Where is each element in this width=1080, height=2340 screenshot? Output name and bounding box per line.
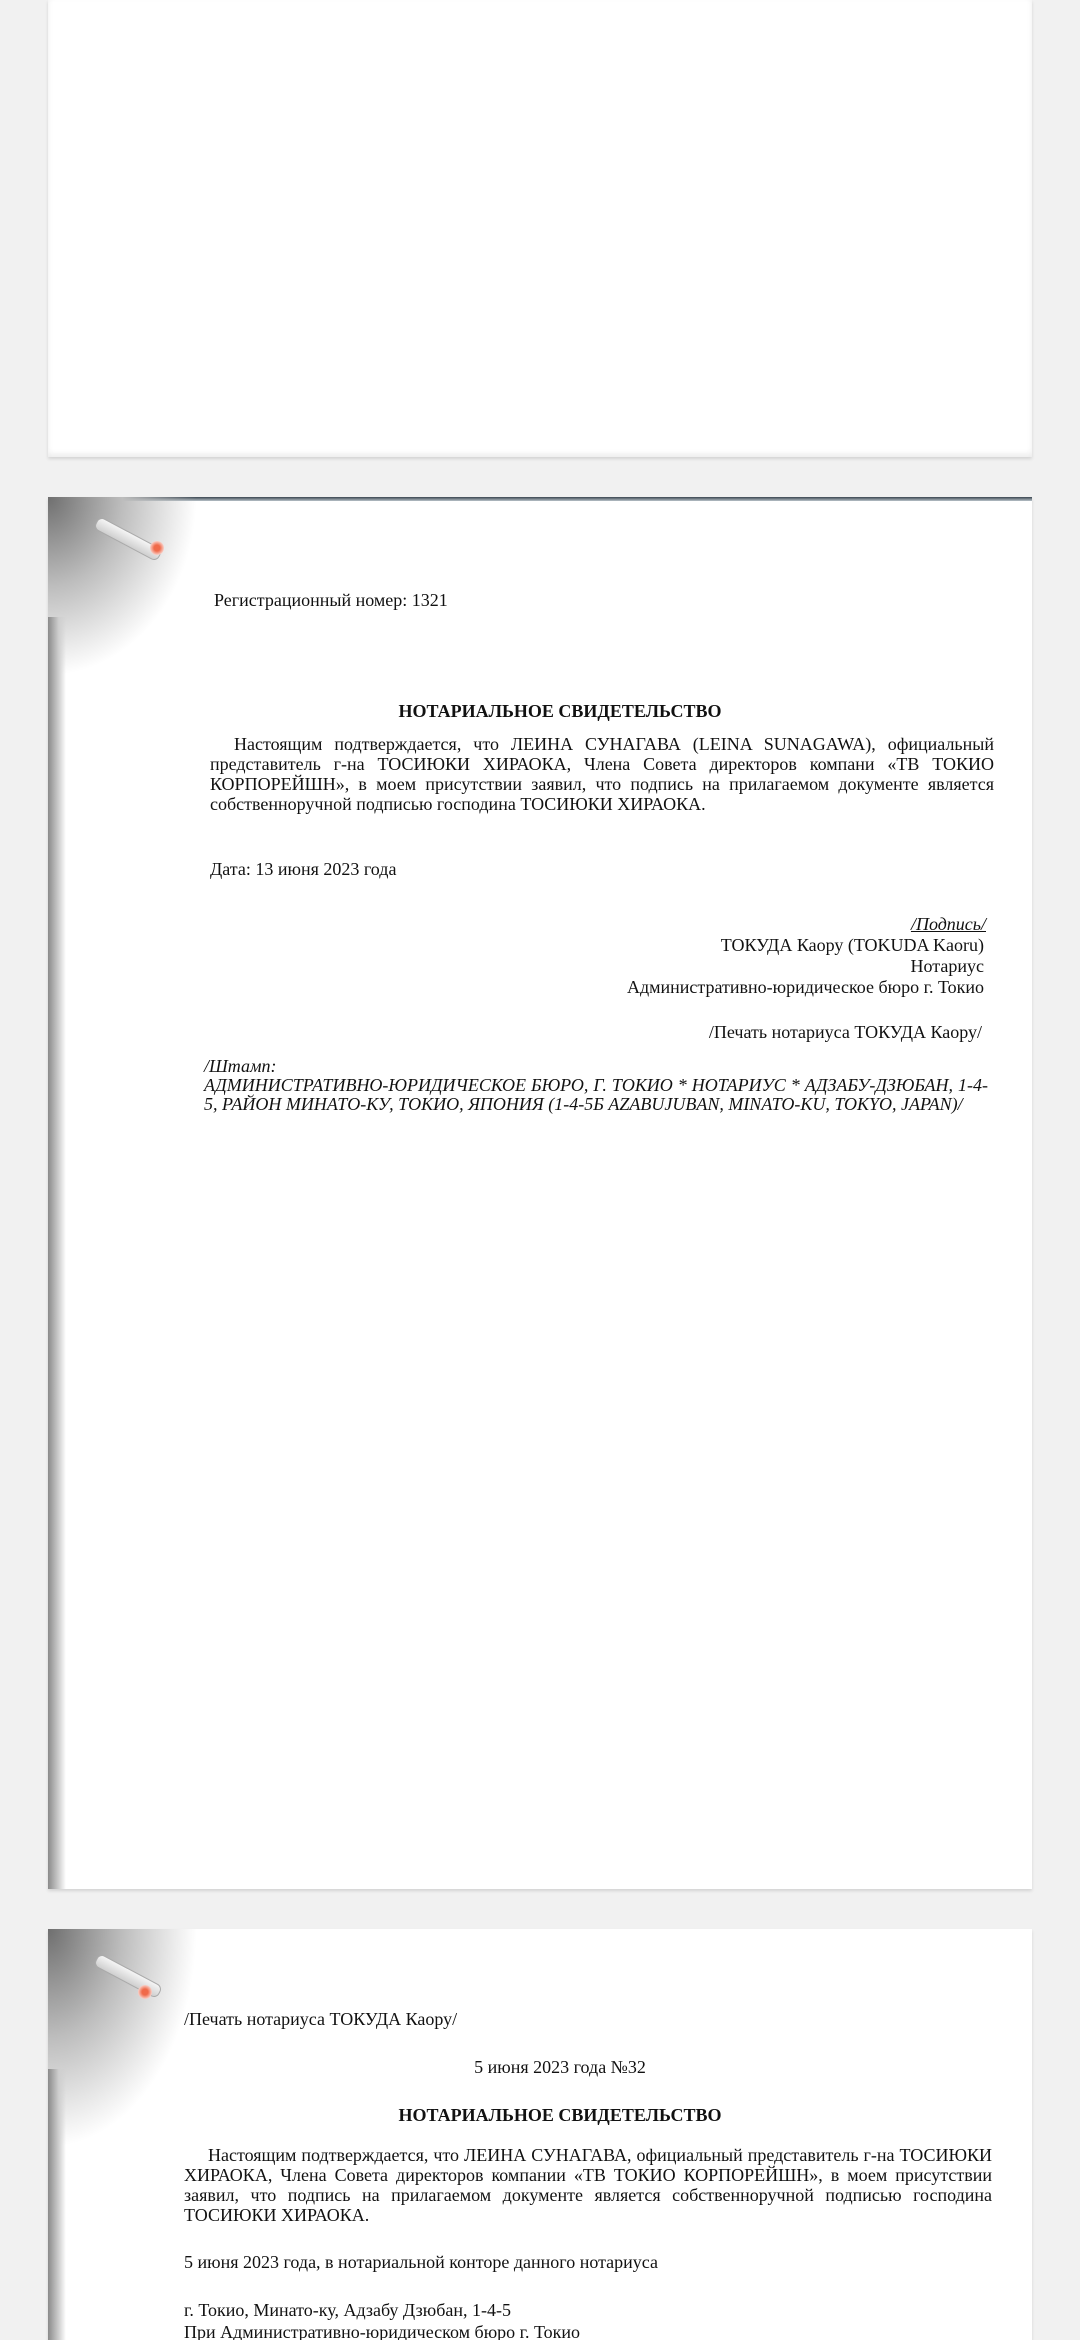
notary-role: Нотариус [911,955,984,977]
staple-tip-icon [150,541,164,555]
signature-label: /Подпись/ [911,913,986,935]
stamp-label: /Штамп: [204,1055,276,1077]
notary-address: г. Токио, Минато-ку, Адзабу Дзюбан, 1-4-… [184,2299,511,2321]
staple-tip-icon [138,1985,152,1999]
notary-seal: /Печать нотариуса ТОКУДА Каору/ [709,1021,982,1043]
place-line: 5 июня 2023 года, в нотариальной конторе… [184,2251,658,2273]
certificate-title: НОТАРИАЛЬНОЕ СВИДЕТЕЛЬСТВО [48,2104,1032,2126]
certificate-body: Настоящим подтверждается, что ЛЕИНА СУНА… [210,734,994,814]
notary-office-line: При Административно-юридическом бюро г. … [184,2321,580,2340]
registration-number: Регистрационный номер: 1321 [214,589,448,611]
notary-seal: /Печать нотариуса ТОКУДА Каору/ [184,2008,457,2030]
certificate-title: НОТАРИАЛЬНОЕ СВИДЕТЕЛЬСТВО [48,700,1032,722]
notary-office: Административно-юридическое бюро г. Токи… [627,976,984,998]
document-page-3: /Печать нотариуса ТОКУДА Каору/ 5 июня 2… [48,1929,1032,2340]
document-page-2: Регистрационный номер: 1321 НОТАРИАЛЬНОЕ… [48,497,1032,1889]
scan-shadow-left [48,617,66,1889]
stamp-text: АДМИНИСТРАТИВНО-ЮРИДИЧЕСКОЕ БЮРО, Г. ТОК… [204,1076,988,1114]
scan-shadow [48,497,198,677]
notary-name: ТОКУДА Каору (TOKUDA Kaoru) [721,934,984,956]
certificate-body: Настоящим подтверждается, что ЛЕИНА СУНА… [184,2145,992,2225]
document-page-1 [48,0,1032,457]
certificate-date: Дата: 13 июня 2023 года [210,858,396,880]
certificate-date-number: 5 июня 2023 года №32 [48,2056,1032,2078]
